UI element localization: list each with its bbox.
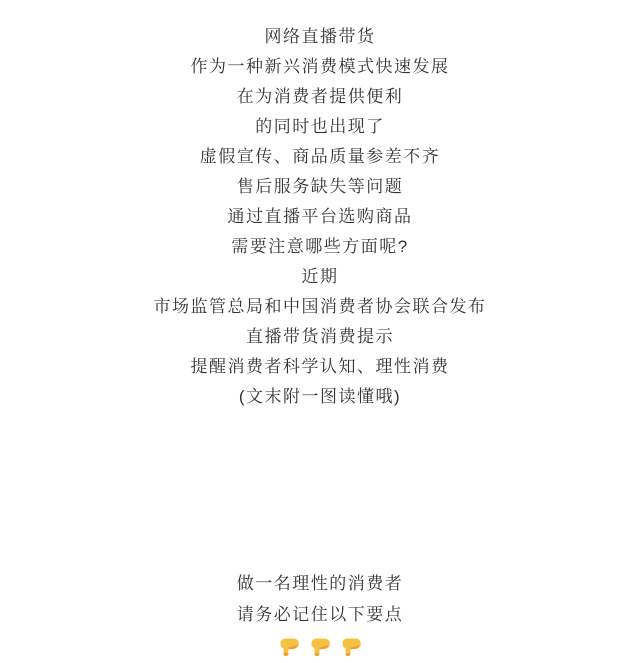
- article-line: 提醒消费者科学认知、理性消费: [0, 352, 640, 382]
- closing-line: 请务必记住以下要点: [0, 599, 640, 630]
- article-line: 的同时也出现了: [0, 112, 640, 142]
- article-line: 虚假宣传、商品质量参差不齐: [0, 142, 640, 172]
- blank-gap: [0, 412, 640, 568]
- closing-block: 做一名理性的消费者 请务必记住以下要点: [0, 568, 640, 630]
- article-line: 作为一种新兴消费模式快速发展: [0, 52, 640, 82]
- article-line: 近期: [0, 262, 640, 292]
- pointing-down-emoji-row: [0, 630, 640, 658]
- article-line: 需要注意哪些方面呢?: [0, 232, 640, 262]
- article-body: 网络直播带货 作为一种新兴消费模式快速发展 在为消费者提供便利 的同时也出现了 …: [0, 0, 640, 658]
- backhand-index-pointing-down-icon: [309, 636, 331, 658]
- article-line: 通过直播平台选购商品: [0, 202, 640, 232]
- article-line: 网络直播带货: [0, 22, 640, 52]
- backhand-index-pointing-down-icon: [278, 636, 300, 658]
- article-line: 市场监管总局和中国消费者协会联合发布: [0, 292, 640, 322]
- article-line: 直播带货消费提示: [0, 322, 640, 352]
- article-line: 在为消费者提供便利: [0, 82, 640, 112]
- backhand-index-pointing-down-icon: [340, 636, 362, 658]
- closing-line: 做一名理性的消费者: [0, 568, 640, 599]
- article-line: (文末附一图读懂哦): [0, 382, 640, 412]
- article-line: 售后服务缺失等问题: [0, 172, 640, 202]
